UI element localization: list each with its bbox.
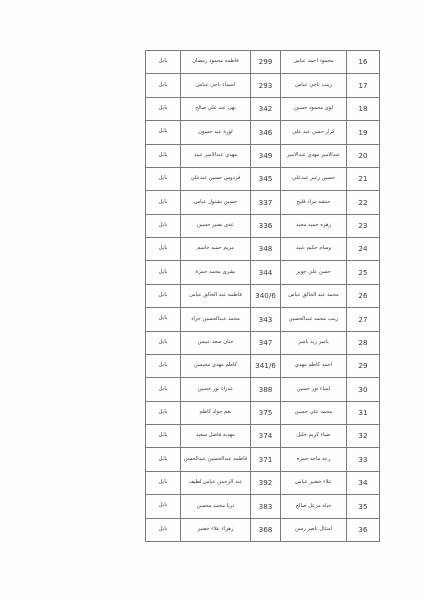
name-a-text: لمياء نور حسين (297, 386, 330, 392)
name-b-cell: نهى عبد علي صالح (181, 97, 251, 120)
name-a-cell: وسام حكيم عبيد (281, 238, 347, 261)
name-a-cell: زينب محمد عبدالحسين (281, 308, 347, 331)
city-cell: بابل (146, 448, 181, 471)
seq-text: 17 (358, 81, 367, 90)
name-a-cell: لمياء نور حسين (281, 378, 347, 401)
name-b-cell: عبد الرحمن عباس لطيف (181, 471, 251, 494)
name-b-text: بشرى محمد حمزة (196, 269, 236, 275)
code-cell: 371 (251, 448, 281, 471)
city-cell: بابل (146, 74, 181, 97)
name-b-cell: مهدي عبدالامير عبيد (181, 144, 251, 167)
city-text: بابل (159, 339, 168, 345)
code-text: 337 (259, 198, 273, 207)
name-b-text: عبد الرحمن عباس لطيف (189, 479, 243, 485)
table-row: بابل لورة عبد حسون 346 كرار حسن عبد علي … (146, 121, 380, 144)
seq-text: 25 (358, 268, 367, 277)
name-b-text: زهراء علاء خضير (197, 526, 233, 532)
code-text: 371 (259, 455, 273, 464)
seq-cell: 19 (347, 121, 380, 144)
name-a-text: زينب ناجي عباس (295, 82, 332, 88)
table-row: بابل عبد الرحمن عباس لطيف 392 علاء خضير … (146, 471, 380, 494)
table-row: بابل مريم حميد جاسم 348 وسام حكيم عبيد 2… (146, 238, 380, 261)
city-text: بابل (159, 152, 168, 158)
seq-cell: 24 (347, 238, 380, 261)
seq-cell: 16 (347, 51, 380, 74)
name-b-cell: زهراء علاء خضير (181, 518, 251, 542)
name-b-cell: حنان سعد عبيس (181, 331, 251, 354)
name-a-cell: ياسر زيد ياسر (281, 331, 347, 354)
name-b-cell: ثريا محمد محسن (181, 495, 251, 518)
name-a-cell: امتثال ناصر رسن (281, 518, 347, 542)
name-a-cell: محمد عبد الخالق عباس (281, 284, 347, 307)
seq-text: 33 (358, 455, 367, 464)
code-cell: 340/6 (251, 284, 281, 307)
seq-cell: 35 (347, 495, 380, 518)
name-b-text: ثريا محمد محسن (197, 503, 234, 509)
city-cell: بابل (146, 518, 181, 542)
name-a-cell: لؤي محمود حسين (281, 97, 347, 120)
name-b-cell: نغم جواد كاظم (181, 401, 251, 424)
name-b-text: اسماء ناجي عباس (196, 82, 235, 88)
name-b-cell: فردوس حسين عبدعلي (181, 167, 251, 190)
name-a-cell: حسين زغير عبدعلي (281, 167, 347, 190)
name-b-cell: لورة عبد حسون (181, 121, 251, 144)
name-a-text: محمد عبد الخالق عباس (288, 292, 339, 298)
seq-cell: 23 (347, 214, 380, 237)
name-a-cell: حياه مزعل صالح (281, 495, 347, 518)
name-a-cell: ضياء كريم خليل (281, 425, 347, 448)
seq-text: 22 (358, 198, 367, 207)
seq-cell: 17 (347, 74, 380, 97)
name-a-text: احمد كاظم مهدي (295, 362, 332, 368)
name-a-cell: كرار حسن عبد علي (281, 121, 347, 144)
seq-cell: 21 (347, 167, 380, 190)
seq-text: 29 (358, 361, 367, 370)
code-text: 347 (259, 338, 273, 347)
name-a-text: رعد ماجد حمزه (297, 456, 331, 462)
name-a-cell: احمد كاظم مهدي (281, 354, 347, 377)
name-a-text: لؤي محمود حسين (294, 105, 333, 111)
code-text: 374 (259, 431, 273, 440)
seq-cell: 32 (347, 425, 380, 448)
city-text: بابل (159, 479, 168, 485)
name-b-cell: فاطمه عبدالحسين عبدالحسن (181, 448, 251, 471)
table-row: بابل حسين نشنول عباس 337 حنشه مراد فليح … (146, 191, 380, 214)
code-cell: 299 (251, 51, 281, 74)
name-b-text: حسين نشنول عباس (194, 199, 237, 205)
seq-cell: 30 (347, 378, 380, 401)
code-cell: 343 (251, 308, 281, 331)
code-text: 388 (259, 385, 273, 394)
code-cell: 368 (251, 518, 281, 542)
city-cell: بابل (146, 284, 181, 307)
code-text: 349 (259, 151, 273, 160)
city-text: بابل (159, 456, 168, 462)
name-b-text: فاطمه عبدالحسين عبدالحسن (184, 456, 248, 462)
code-text: 375 (259, 408, 273, 417)
code-cell: 392 (251, 471, 281, 494)
table-row: بابل ثريا محمد محسن 383 حياه مزعل صالح 3… (146, 495, 380, 518)
code-cell: 337 (251, 191, 281, 214)
seq-cell: 27 (347, 308, 380, 331)
seq-text: 35 (358, 502, 367, 511)
name-a-cell: محمود احمد عباس (281, 51, 347, 74)
name-b-text: نغم جواد كاظم (200, 409, 232, 415)
city-cell: بابل (146, 495, 181, 518)
seq-text: 30 (358, 385, 367, 394)
name-a-text: علاء خضير عباس (295, 479, 332, 485)
city-cell: بابل (146, 144, 181, 167)
code-text: 348 (259, 244, 273, 253)
name-b-cell: مهديه فاضل سعيد (181, 425, 251, 448)
name-a-text: حسن علي جوير (296, 269, 330, 275)
seq-cell: 33 (347, 448, 380, 471)
table-row: بابل بشرى محمد حمزة 344 حسن علي جوير 25 (146, 261, 380, 284)
name-b-text: مهديه فاضل سعيد (196, 432, 235, 438)
city-text: بابل (159, 292, 168, 298)
code-text: 392 (259, 478, 273, 487)
name-b-text: نهى عبد علي صالح (195, 105, 236, 111)
name-a-text: حياه مزعل صالح (296, 503, 332, 509)
name-a-text: محمد علي حسين (295, 409, 333, 415)
seq-cell: 18 (347, 97, 380, 120)
table-row: بابل نغم جواد كاظم 375 محمد علي حسين 31 (146, 401, 380, 424)
code-text: 336 (259, 221, 273, 230)
city-cell: بابل (146, 214, 181, 237)
city-cell: بابل (146, 261, 181, 284)
name-a-text: حنشه مراد فليح (297, 199, 331, 205)
city-cell: بابل (146, 401, 181, 424)
seq-cell: 28 (347, 331, 380, 354)
seq-cell: 36 (347, 518, 380, 542)
city-text: بابل (159, 222, 168, 228)
code-text: 383 (259, 502, 273, 511)
seq-cell: 31 (347, 401, 380, 424)
name-a-text: زينب محمد عبدالحسين (289, 316, 339, 322)
city-text: بابل (159, 315, 168, 321)
name-b-cell: بشرى محمد حمزة (181, 261, 251, 284)
code-text: 344 (259, 268, 273, 277)
seq-cell: 29 (347, 354, 380, 377)
city-cell: بابل (146, 238, 181, 261)
seq-cell: 25 (347, 261, 380, 284)
seq-text: 36 (358, 525, 367, 534)
name-a-cell: محمد علي حسين (281, 401, 347, 424)
name-a-cell: حنشه مراد فليح (281, 191, 347, 214)
code-cell: 374 (251, 425, 281, 448)
seq-text: 21 (358, 174, 367, 183)
table-row: بابل فاطمه عبد الخالق عباس 340/6 محمد عب… (146, 284, 380, 307)
table-row: بابل مهديه فاضل سعيد 374 ضياء كريم خليل … (146, 425, 380, 448)
seq-text: 32 (358, 431, 367, 440)
table-row: بابل فاطمه عبدالحسين عبدالحسن 371 رعد ما… (146, 448, 380, 471)
name-b-cell: فاطمه محمود رمضان (181, 51, 251, 74)
city-text: بابل (159, 386, 168, 392)
city-text: بابل (159, 58, 168, 64)
name-b-text: لورة عبد حسون (198, 129, 233, 135)
name-b-text: كاظم مهدي محيسن (194, 362, 237, 368)
city-text: بابل (159, 526, 168, 532)
code-text: 293 (259, 81, 273, 90)
name-a-cell: عبدالامير مهدي عبدالامير (281, 144, 347, 167)
city-text: بابل (159, 128, 168, 134)
code-text: 345 (259, 174, 273, 183)
city-cell: بابل (146, 51, 181, 74)
name-a-text: كرار حسن عبد علي (292, 129, 335, 135)
seq-text: 23 (358, 221, 367, 230)
document-page: بابل فاطمه محمود رمضان 299 محمود احمد عب… (0, 0, 424, 600)
name-b-cell: عذراء نور حسين (181, 378, 251, 401)
city-cell: بابل (146, 308, 181, 331)
city-cell: بابل (146, 167, 181, 190)
code-text: 299 (259, 57, 273, 66)
code-cell: 375 (251, 401, 281, 424)
table-row: بابل فاطمه محمود رمضان 299 محمود احمد عب… (146, 51, 380, 74)
seq-text: 18 (358, 104, 367, 113)
code-cell: 347 (251, 331, 281, 354)
name-a-text: امتثال ناصر رسن (295, 526, 332, 532)
seq-cell: 20 (347, 144, 380, 167)
name-b-cell: محمد عبدالحسين جراد (181, 308, 251, 331)
city-cell: بابل (146, 97, 181, 120)
table-row: بابل عدي نصير حسين 336 زهره حميد مجيد 23 (146, 214, 380, 237)
city-cell: بابل (146, 425, 181, 448)
city-cell: بابل (146, 378, 181, 401)
name-b-cell: مريم حميد جاسم (181, 238, 251, 261)
seq-text: 31 (358, 408, 367, 417)
table-row: بابل نهى عبد علي صالح 342 لؤي محمود حسين… (146, 97, 380, 120)
seq-text: 20 (358, 151, 367, 160)
code-text: 341/6 (255, 361, 276, 370)
names-table: بابل فاطمه محمود رمضان 299 محمود احمد عب… (145, 50, 380, 542)
name-b-text: عذراء نور حسين (198, 386, 233, 392)
table-row: بابل مهدي عبدالامير عبيد 349 عبدالامير م… (146, 144, 380, 167)
code-cell: 342 (251, 97, 281, 120)
city-text: بابل (159, 362, 168, 368)
name-b-cell: حسين نشنول عباس (181, 191, 251, 214)
code-text: 342 (259, 104, 273, 113)
name-b-cell: عدي نصير حسين (181, 214, 251, 237)
code-cell: 336 (251, 214, 281, 237)
name-b-text: فاطمه عبد الخالق عباس (189, 292, 242, 298)
code-cell: 383 (251, 495, 281, 518)
name-a-text: ياسر زيد ياسر (298, 339, 328, 345)
code-cell: 341/6 (251, 354, 281, 377)
city-text: بابل (159, 105, 168, 111)
name-a-cell: علاء خضير عباس (281, 471, 347, 494)
seq-text: 24 (358, 244, 367, 253)
name-b-cell: اسماء ناجي عباس (181, 74, 251, 97)
code-cell: 388 (251, 378, 281, 401)
code-cell: 344 (251, 261, 281, 284)
city-cell: بابل (146, 191, 181, 214)
table-row: بابل فردوس حسين عبدعلي 345 حسين زغير عبد… (146, 167, 380, 190)
city-text: بابل (159, 269, 168, 275)
name-a-text: حسين زغير عبدعلي (292, 175, 335, 181)
city-text: بابل (159, 199, 168, 205)
name-b-cell: كاظم مهدي محيسن (181, 354, 251, 377)
city-text: بابل (159, 409, 168, 415)
seq-text: 34 (358, 478, 367, 487)
name-b-text: مريم حميد جاسم (197, 245, 234, 251)
name-b-text: فردوس حسين عبدعلي (191, 175, 241, 181)
city-text: بابل (159, 245, 168, 251)
code-text: 346 (259, 128, 273, 137)
city-text: بابل (159, 175, 168, 181)
code-cell: 349 (251, 144, 281, 167)
code-text: 343 (259, 315, 273, 324)
city-text: بابل (159, 502, 168, 508)
name-a-text: محمود احمد عباس (293, 58, 333, 64)
name-b-text: عدي نصير حسين (197, 222, 234, 228)
table-row: بابل كاظم مهدي محيسن 341/6 احمد كاظم مهد… (146, 354, 380, 377)
table-row: بابل عذراء نور حسين 388 لمياء نور حسين 3… (146, 378, 380, 401)
code-text: 340/6 (255, 291, 276, 300)
city-text: بابل (159, 432, 168, 438)
seq-text: 19 (358, 128, 367, 137)
code-text: 368 (259, 525, 273, 534)
table-row: بابل حنان سعد عبيس 347 ياسر زيد ياسر 28 (146, 331, 380, 354)
table-row: بابل محمد عبدالحسين جراد 343 زينب محمد ع… (146, 308, 380, 331)
name-a-cell: حسن علي جوير (281, 261, 347, 284)
table-row: بابل زهراء علاء خضير 368 امتثال ناصر رسن… (146, 518, 380, 542)
name-a-cell: زينب ناجي عباس (281, 74, 347, 97)
name-a-cell: زهره حميد مجيد (281, 214, 347, 237)
name-a-text: ضياء كريم خليل (297, 432, 331, 438)
name-b-text: فاطمه محمود رمضان (192, 58, 239, 64)
seq-text: 16 (358, 57, 367, 66)
city-cell: بابل (146, 121, 181, 144)
seq-text: 27 (358, 315, 367, 324)
code-cell: 346 (251, 121, 281, 144)
code-cell: 345 (251, 167, 281, 190)
name-a-text: عبدالامير مهدي عبدالامير (287, 152, 340, 158)
seq-text: 26 (358, 291, 367, 300)
table-body: بابل فاطمه محمود رمضان 299 محمود احمد عب… (146, 51, 380, 542)
seq-cell: 26 (347, 284, 380, 307)
city-text: بابل (159, 82, 168, 88)
code-cell: 348 (251, 238, 281, 261)
seq-cell: 22 (347, 191, 380, 214)
code-cell: 293 (251, 74, 281, 97)
name-a-text: وسام حكيم عبيد (296, 245, 331, 251)
name-b-text: حنان سعد عبيس (198, 339, 234, 345)
name-b-cell: فاطمه عبد الخالق عباس (181, 284, 251, 307)
name-a-text: زهره حميد مجيد (296, 222, 331, 228)
city-cell: بابل (146, 471, 181, 494)
city-cell: بابل (146, 331, 181, 354)
name-b-text: محمد عبدالحسين جراد (191, 316, 240, 322)
city-cell: بابل (146, 354, 181, 377)
name-a-cell: رعد ماجد حمزه (281, 448, 347, 471)
seq-text: 28 (358, 338, 367, 347)
name-b-text: مهدي عبدالامير عبيد (194, 152, 237, 158)
table-row: بابل اسماء ناجي عباس 293 زينب ناجي عباس … (146, 74, 380, 97)
seq-cell: 34 (347, 471, 380, 494)
